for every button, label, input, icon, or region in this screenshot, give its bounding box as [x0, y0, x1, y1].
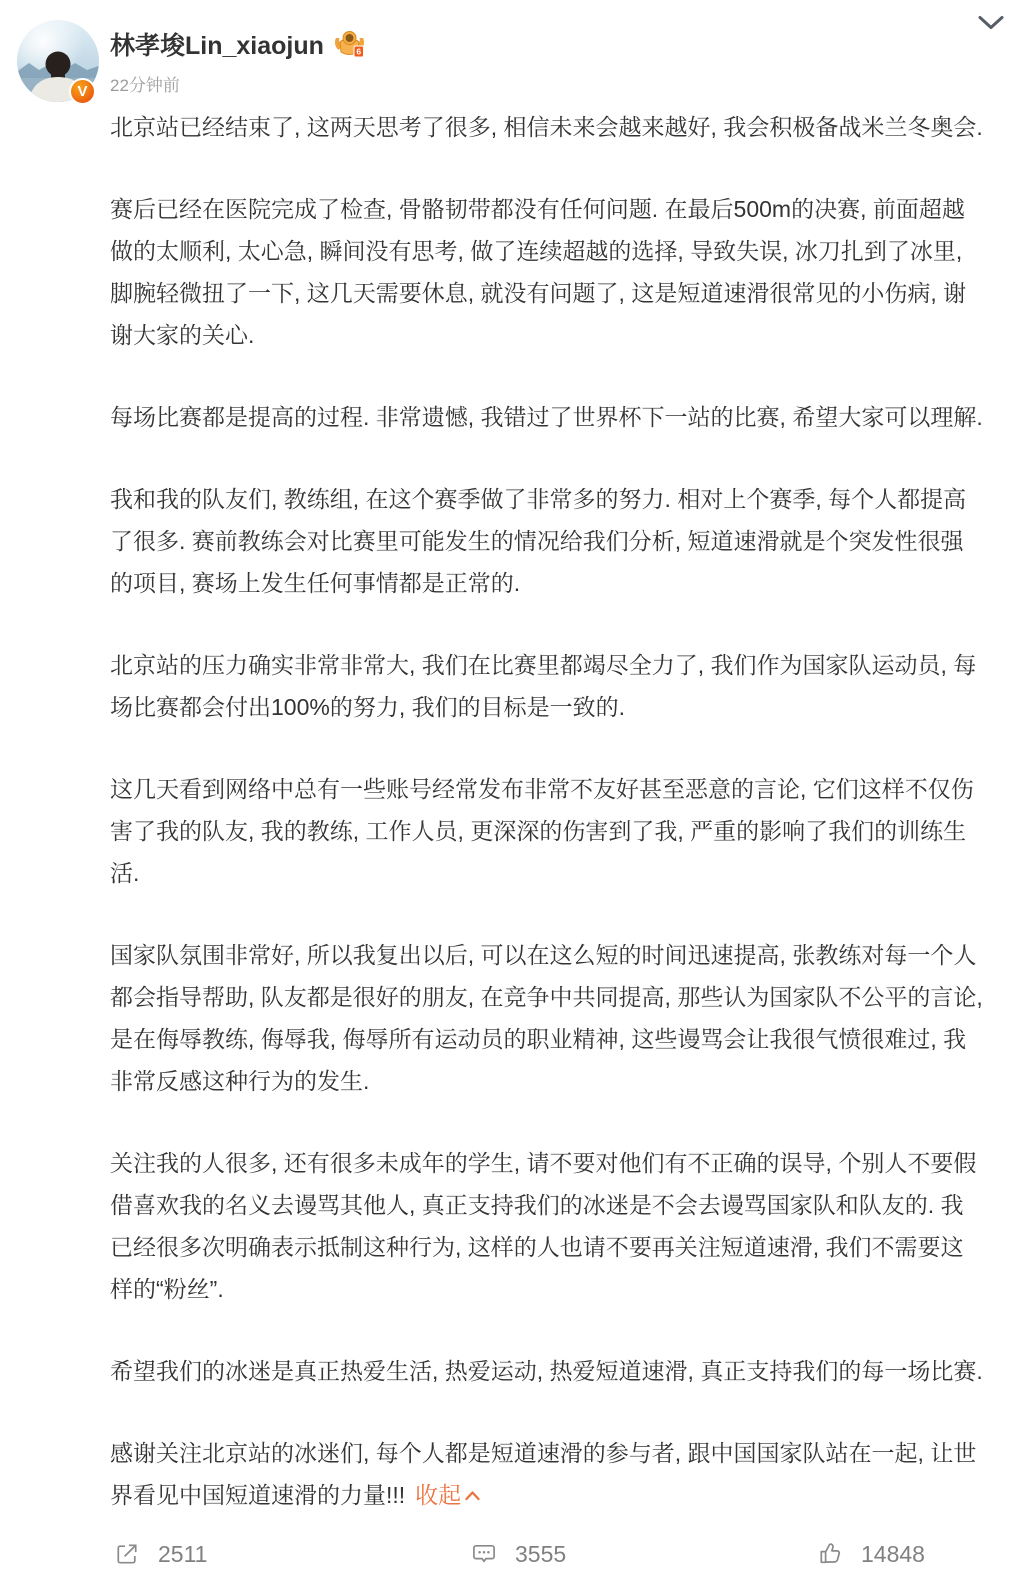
- post-paragraph-text: 感谢关注北京站的冰迷们, 每个人都是短道速滑的参与者, 跟中国国家队站在一起, …: [110, 1440, 976, 1508]
- post-paragraph: 这几天看到网络中总有一些账号经常发布非常不友好甚至恶意的言论, 它们这样不仅伤害…: [110, 768, 985, 894]
- comment-icon: [470, 1540, 498, 1568]
- post-paragraph: 北京站已经结束了, 这两天思考了很多, 相信未来会越来越好, 我会积极备战米兰冬…: [110, 106, 985, 148]
- header-info: 林孝埈Lin_xiaojun 6 22分钟前: [110, 20, 1004, 96]
- like-count: 14848: [861, 1541, 925, 1568]
- comment-button[interactable]: 3555: [470, 1540, 816, 1568]
- verified-badge-icon: V: [69, 78, 96, 105]
- post-menu-chevron-down-icon[interactable]: [972, 10, 1010, 41]
- avatar[interactable]: V: [17, 20, 99, 102]
- vip-crown-level-6-icon: 6: [333, 28, 366, 63]
- post-paragraph: 我和我的队友们, 教练组, 在这个赛季做了非常多的努力. 相对上个赛季, 每个人…: [110, 478, 985, 604]
- collapse-link[interactable]: 收起: [415, 1482, 481, 1508]
- post-paragraph: 关注我的人很多, 还有很多未成年的学生, 请不要对他们有不正确的误导, 个别人不…: [110, 1142, 985, 1310]
- repost-icon: [113, 1540, 141, 1568]
- post-paragraph: 希望我们的冰迷是真正热爱生活, 热爱运动, 热爱短道速滑, 真正支持我们的每一场…: [110, 1350, 985, 1392]
- post-header: V 林孝埈Lin_xiaojun 6 22分钟前: [0, 0, 1024, 100]
- post-paragraph: 赛后已经在医院完成了检查, 骨骼韧带都没有任何问题. 在最后500m的决赛, 前…: [110, 188, 985, 356]
- post-timestamp: 22分钟前: [110, 71, 1004, 96]
- svg-text:6: 6: [356, 47, 361, 57]
- post-paragraph: 国家队氛围非常好, 所以我复出以后, 可以在这么短的时间迅速提高, 张教练对每一…: [110, 934, 985, 1102]
- post-body: 北京站已经结束了, 这两天思考了很多, 相信未来会越来越好, 我会积极备战米兰冬…: [0, 100, 1024, 1516]
- post-paragraph: 每场比赛都是提高的过程. 非常遗憾, 我错过了世界杯下一站的比赛, 希望大家可以…: [110, 396, 985, 438]
- post-paragraph: 感谢关注北京站的冰迷们, 每个人都是短道速滑的参与者, 跟中国国家队站在一起, …: [110, 1432, 985, 1516]
- thumbs-up-icon: [816, 1540, 844, 1568]
- chevron-up-icon: [464, 1489, 481, 1502]
- repost-count: 2511: [158, 1541, 207, 1568]
- author-name[interactable]: 林孝埈Lin_xiaojun: [110, 31, 324, 61]
- post-paragraph: 北京站的压力确实非常非常大, 我们在比赛里都竭尽全力了, 我们作为国家队运动员,…: [110, 644, 985, 728]
- like-button[interactable]: 14848: [816, 1540, 925, 1568]
- weibo-post-card: V 林孝埈Lin_xiaojun 6 22分钟前: [0, 0, 1024, 1576]
- collapse-label: 收起: [415, 1482, 461, 1508]
- repost-button[interactable]: 2511: [113, 1540, 470, 1568]
- comment-count: 3555: [515, 1541, 566, 1568]
- action-bar: 2511 3555 14848: [0, 1532, 1024, 1576]
